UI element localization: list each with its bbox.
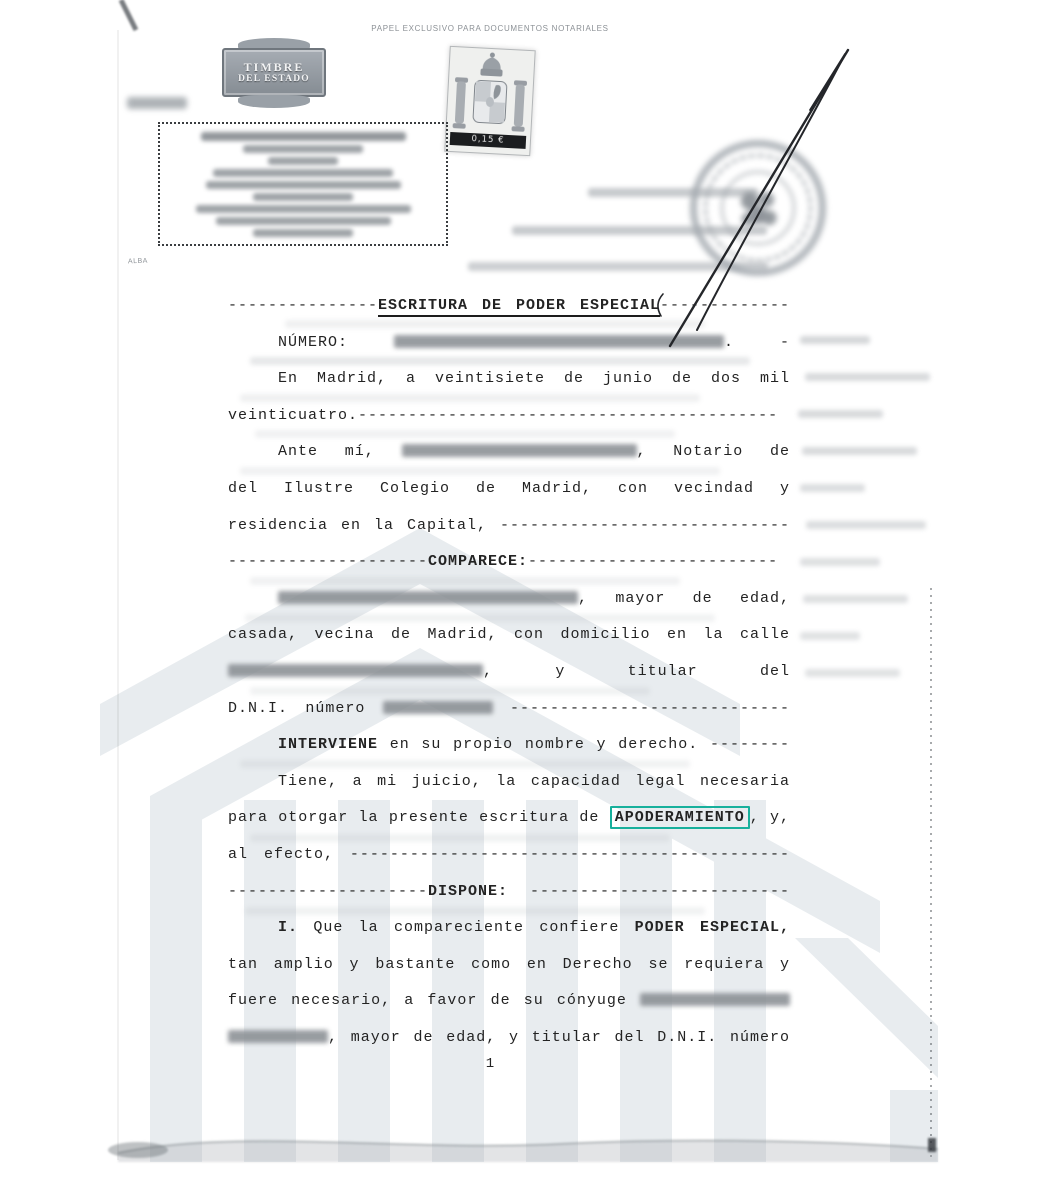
- redacted-text: [278, 591, 578, 604]
- doc-text: -------------------------: [528, 553, 778, 570]
- doc-text: para otorgar la presente escritura de: [228, 809, 610, 826]
- redacted-line: [206, 181, 401, 189]
- doc-text: Ante mí,: [278, 443, 402, 460]
- doc-line: --------------------DISPONE: -----------…: [228, 874, 790, 911]
- doc-text: --------------------------: [508, 883, 790, 900]
- redacted-line: [268, 157, 338, 165]
- paper-type-note: PAPEL EXCLUSIVO PARA DOCUMENTOS NOTARIAL…: [118, 24, 862, 33]
- redacted-line: [253, 229, 353, 237]
- scanned-notarial-document-page: PAPEL EXCLUSIVO PARA DOCUMENTOS NOTARIAL…: [0, 0, 1056, 1183]
- redacted-text: [402, 444, 637, 457]
- redacted-line: [213, 169, 393, 177]
- doc-line: ---------------ESCRITURA DE PODER ESPECI…: [228, 288, 790, 325]
- doc-text: ---------------: [228, 297, 378, 314]
- doc-text: PODER ESPECIAL,: [635, 919, 790, 936]
- doc-text: , mayor de edad,: [578, 590, 790, 607]
- doc-text: En Madrid, a veintisiete de junio de dos…: [278, 370, 790, 387]
- ink-smudge: [127, 97, 187, 109]
- doc-line: Tiene, a mi juicio, la capacidad legal n…: [228, 764, 790, 801]
- doc-line: al efecto, -----------------------------…: [228, 837, 790, 874]
- doc-text: del Ilustre Colegio de Madrid, con vecin…: [228, 480, 790, 497]
- doc-text: -------------: [660, 297, 790, 314]
- doc-line: NÚMERO: . -: [228, 325, 790, 362]
- shield-icon: [473, 80, 507, 124]
- stamp-ornament: [238, 95, 310, 108]
- margin-code: ALBA: [128, 258, 148, 266]
- document-lines: ---------------ESCRITURA DE PODER ESPECI…: [228, 288, 790, 1056]
- redacted-text: [640, 993, 790, 1006]
- doc-line: INTERVIENE en su propio nombre y derecho…: [228, 727, 790, 764]
- doc-text: ESCRITURA DE PODER ESPECIAL: [378, 297, 660, 317]
- doc-text: , y,: [750, 809, 790, 826]
- doc-text: DISPONE:: [428, 883, 508, 900]
- redacted-text: [394, 335, 724, 348]
- doc-line: , y titular del: [228, 654, 790, 691]
- doc-line: , mayor de edad,: [228, 581, 790, 618]
- doc-text: INTERVIENE: [278, 736, 378, 753]
- doc-line: D.N.I. número --------------------------…: [228, 691, 790, 728]
- doc-line: --------------------COMPARECE:----------…: [228, 544, 790, 581]
- page-number: 1: [228, 1050, 752, 1078]
- apoderamiento-highlight-box: APODERAMIENTO: [610, 806, 750, 829]
- doc-text: casada, vecina de Madrid, con domicilio …: [228, 626, 790, 643]
- redacted-line: [201, 132, 406, 141]
- doc-line: I. Que la compareciente confiere PODER E…: [228, 910, 790, 947]
- doc-line: En Madrid, a veintisiete de junio de dos…: [228, 361, 790, 398]
- redacted-line: [253, 193, 353, 201]
- doc-text: , y titular del: [483, 663, 790, 680]
- doc-line: residencia en la Capital, --------------…: [228, 508, 790, 545]
- doc-text: al efecto,: [228, 846, 350, 863]
- doc-text: en su propio nombre y derecho.: [378, 736, 710, 753]
- doc-text: D.N.I. número: [228, 700, 383, 717]
- timbre-stamp-label: TIMBRE: [244, 61, 305, 74]
- redacted-text: [228, 664, 483, 677]
- doc-text: ----------------------------: [493, 700, 790, 717]
- doc-line: fuere necesario, a favor de su cónyuge: [228, 983, 790, 1020]
- doc-text: , Notario de: [637, 443, 791, 460]
- crown-icon: [480, 52, 503, 77]
- doc-text: --------: [710, 736, 790, 753]
- doc-line: tan amplio y bastante como en Derecho se…: [228, 947, 790, 984]
- redacted-text: [228, 1030, 328, 1043]
- timbre-stamp-sublabel: DEL ESTADO: [238, 74, 310, 85]
- notary-round-seal-stamp: [690, 140, 826, 276]
- doc-text: , mayor de edad, y titular del D.N.I. nú…: [328, 1029, 790, 1046]
- doc-text: tan amplio y bastante como en Derecho se…: [228, 956, 790, 973]
- doc-line: del Ilustre Colegio de Madrid, con vecin…: [228, 471, 790, 508]
- doc-text: Tiene, a mi juicio, la capacidad legal n…: [278, 773, 790, 790]
- doc-line: para otorgar la presente escritura de AP…: [228, 800, 790, 837]
- doc-text: I.: [278, 919, 298, 936]
- doc-text: NÚMERO:: [278, 334, 394, 351]
- doc-text: ----------------------------------------…: [358, 407, 778, 424]
- doc-text: COMPARECE:: [428, 553, 528, 570]
- doc-text: --------------------: [228, 553, 428, 570]
- doc-line: Ante mí, , Notario de: [228, 434, 790, 471]
- doc-text: fuere necesario, a favor de su cónyuge: [228, 992, 640, 1009]
- fiscal-stamp: 0,15 €: [444, 46, 535, 156]
- timbre-del-estado-stamp: TIMBRE DEL ESTADO: [222, 38, 326, 108]
- redacted-text: [383, 701, 493, 714]
- redacted-line: [196, 205, 411, 213]
- doc-text: --------------------: [228, 883, 428, 900]
- doc-text: . -: [724, 334, 790, 351]
- doc-text: Que la compareciente confiere: [298, 919, 635, 936]
- doc-text: ----------------------------------------…: [350, 846, 790, 863]
- doc-text: residencia en la Capital,: [228, 517, 500, 534]
- doc-text: veinticuatro.: [228, 407, 358, 424]
- doc-line: casada, vecina de Madrid, con domicilio …: [228, 617, 790, 654]
- redacted-line: [243, 145, 363, 153]
- notary-contact-box-redacted: [158, 122, 448, 246]
- redacted-line: [216, 217, 391, 225]
- doc-text: -----------------------------: [500, 517, 790, 534]
- doc-line: veinticuatro.---------------------------…: [228, 398, 790, 435]
